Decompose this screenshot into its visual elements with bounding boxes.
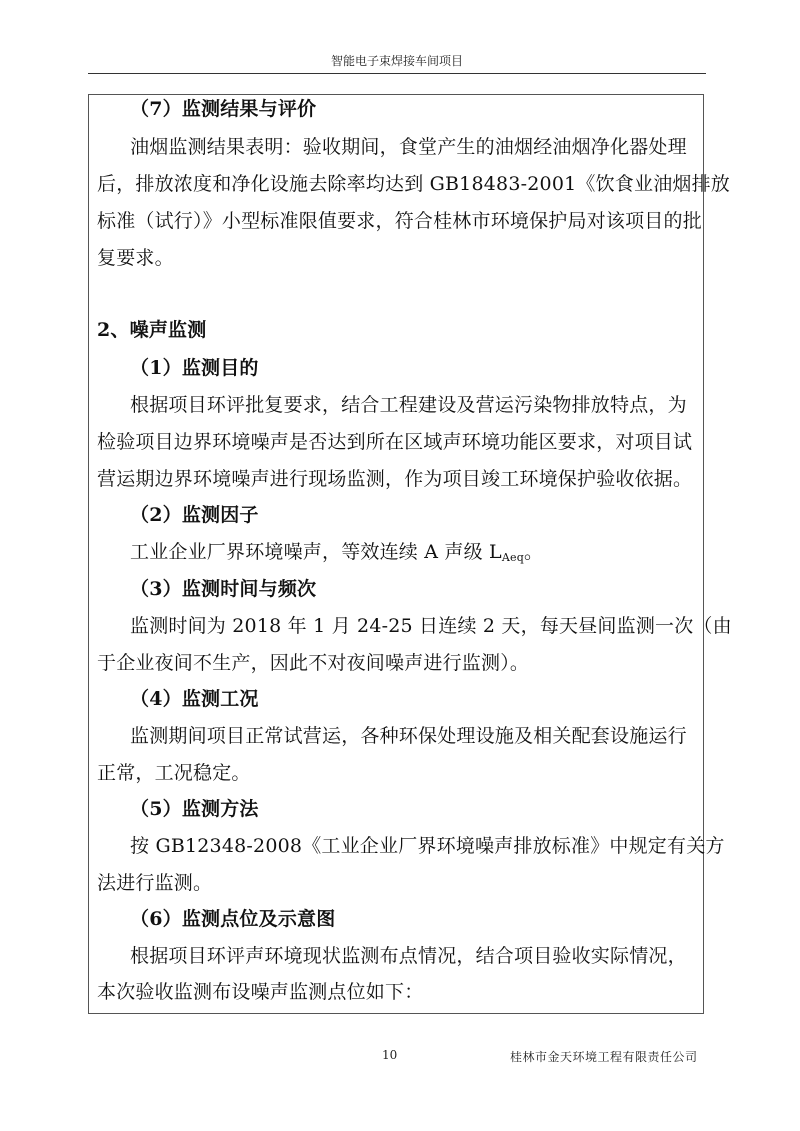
paragraph-line: 后，排放浓度和净化设施去除率均达到 GB18483-2001《饮食业油烟排放 [97, 172, 730, 196]
subsection-heading-condition: （4）监测工况 [130, 687, 259, 711]
paragraph-line: 根据项目环评声环境现状监测布点情况，结合项目验收实际情况， [130, 944, 687, 968]
page-number: 10 [382, 1048, 397, 1062]
paragraph-line: 本次验收监测布设噪声监测点位如下： [97, 980, 423, 1004]
paragraph-line: 检验项目边界环境噪声是否达到所在区域声环境功能区要求，对项目试 [97, 430, 692, 454]
paragraph-line-factor: 工业企业厂界环境噪声，等效连续 A 声级 LAeq。 [130, 540, 543, 570]
paragraph-line: 根据项目环评批复要求，结合工程建设及营运污染物排放特点，为 [130, 393, 687, 417]
running-header: 智能电子束焊接车间项目 [88, 52, 706, 69]
header-divider [88, 73, 706, 74]
paragraph-line: 油烟监测结果表明：验收期间，食堂产生的油烟经油烟净化器处理 [130, 135, 687, 159]
section-heading-results: （7）监测结果与评价 [130, 97, 316, 121]
paragraph-line: 监测时间为 2018 年 1 月 24-25 日连续 2 天，每天昼间监测一次（… [130, 614, 732, 638]
subsection-heading-points: （6）监测点位及示意图 [130, 907, 335, 931]
factor-subscript: Aeq [502, 551, 524, 564]
subsection-heading-purpose: （1）监测目的 [130, 356, 259, 380]
subsection-heading-time: （3）监测时间与频次 [130, 577, 316, 601]
paragraph-line: 法进行监测。 [97, 871, 212, 895]
subsection-heading-factor: （2）监测因子 [130, 503, 259, 527]
paragraph-line: 标准（试行）》小型标准限值要求，符合桂林市环境保护局对该项目的批 [97, 209, 702, 233]
footer-company: 桂林市金天环境工程有限责任公司 [510, 1048, 698, 1065]
paragraph-line: 于企业夜间不生产，因此不对夜间噪声进行监测）。 [97, 651, 529, 675]
factor-end: 。 [524, 541, 543, 563]
factor-text: 工业企业厂界环境噪声，等效连续 A 声级 L [130, 541, 502, 563]
paragraph-line: 正常，工况稳定。 [97, 761, 251, 785]
section-heading-noise: 2、噪声监测 [97, 318, 206, 342]
paragraph-line: 营运期边界环境噪声进行现场监测，作为项目竣工环境保护验收依据。 [97, 467, 692, 491]
subsection-heading-method: （5）监测方法 [130, 797, 259, 821]
paragraph-line: 复要求。 [97, 246, 174, 270]
paragraph-line: 按 GB12348-2008《工业企业厂界环境噪声排放标准》中规定有关方 [130, 834, 725, 858]
paragraph-line: 监测期间项目正常试营运，各种环保处理设施及相关配套设施运行 [130, 724, 687, 748]
